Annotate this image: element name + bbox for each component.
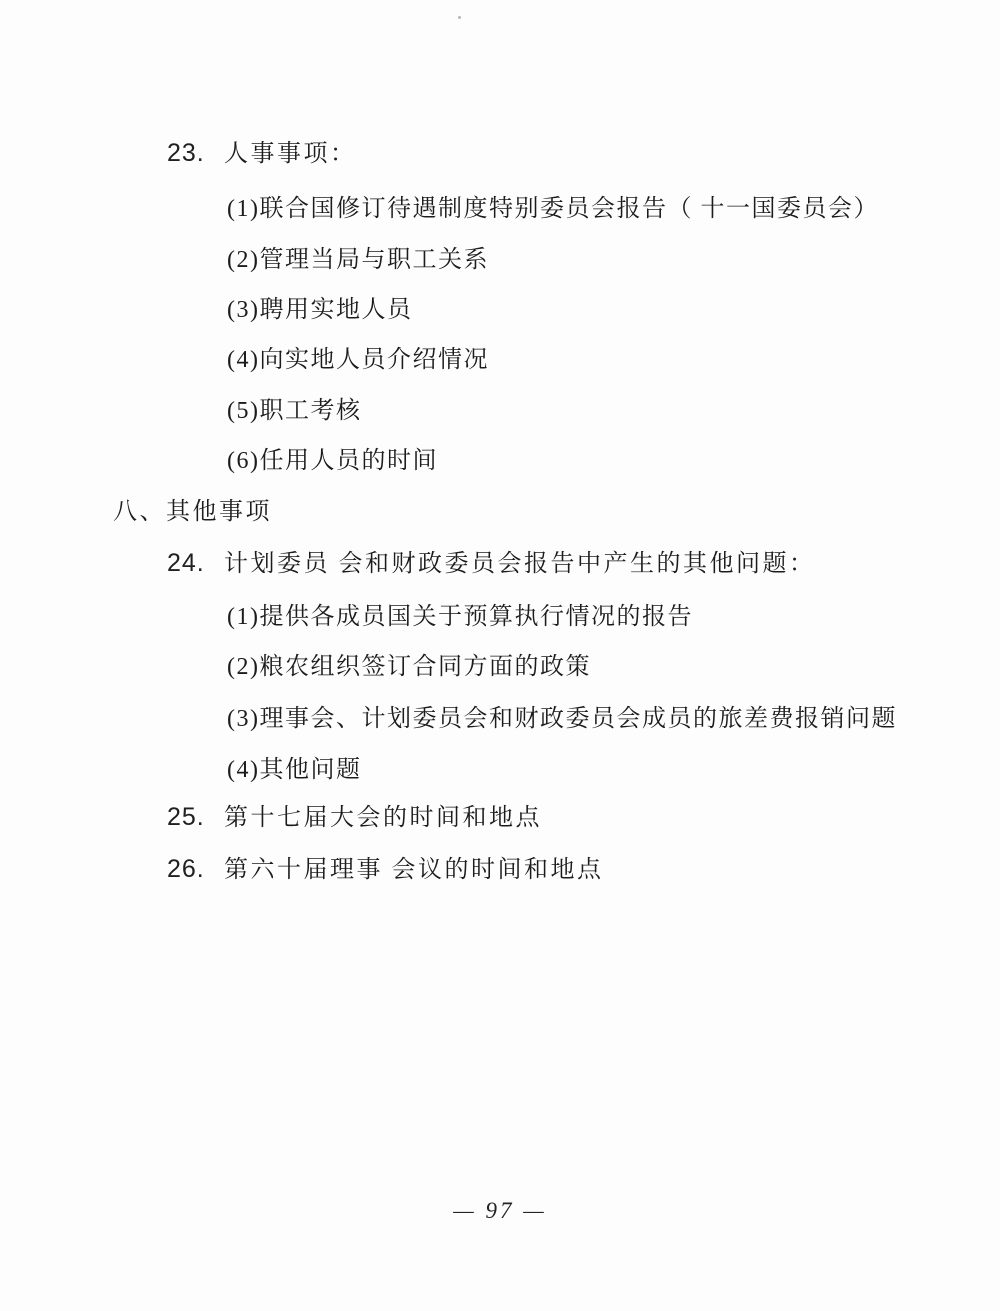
item-25-title: 第十七届大会的时间和地点 <box>224 805 542 831</box>
page-number: — 97 — <box>0 1198 1000 1224</box>
item-24-number: 24. <box>167 551 224 576</box>
item-23-subitem-2: (2)管理当局与职工关系 <box>227 248 489 272</box>
item-23-number: 23. <box>167 141 224 166</box>
item-23-subitem-3: (3)聘用实地人员 <box>227 298 412 322</box>
item-23-subitem-6: (6)任用人员的时间 <box>227 449 438 473</box>
item-26-title: 第六十届理事 会议的时间和地点 <box>224 857 604 883</box>
agenda-item-25: 25.第十七届大会的时间和地点 <box>167 805 542 830</box>
agenda-item-23: 23.人事事项： <box>167 141 357 166</box>
agenda-item-26: 26.第六十届理事 会议的时间和地点 <box>167 857 604 882</box>
item-23-subitem-5: (5)职工考核 <box>227 399 361 423</box>
item-25-number: 25. <box>167 805 224 830</box>
agenda-item-24: 24.计划委员 会和财政委员会报告中产生的其他问题： <box>167 551 816 576</box>
item-23-subitem-4: (4)向实地人员介绍情况 <box>227 348 489 372</box>
item-24-title: 计划委员 会和财政委员会报告中产生的其他问题： <box>224 551 816 577</box>
item-24-subitem-4: (4)其他问题 <box>227 758 361 782</box>
item-24-subitem-1: (1)提供各成员国关于预算执行情况的报告 <box>227 605 693 629</box>
section-8-heading: 八、其他事项 <box>113 500 272 524</box>
item-23-title: 人事事项： <box>224 141 357 167</box>
scanned-document-page: 23.人事事项： (1)联合国修订待遇制度特别委员会报告（ 十一国委员会） (2… <box>0 0 1000 1311</box>
item-26-number: 26. <box>167 857 224 882</box>
item-24-subitem-3: (3)理事会、计划委员会和财政委员会成员的旅差费报销问题 <box>227 707 897 731</box>
item-24-subitem-2: (2)粮农组织签订合同方面的政策 <box>227 655 591 679</box>
item-23-subitem-1: (1)联合国修订待遇制度特别委员会报告（ 十一国委员会） <box>227 197 879 221</box>
scan-speck <box>458 16 461 19</box>
